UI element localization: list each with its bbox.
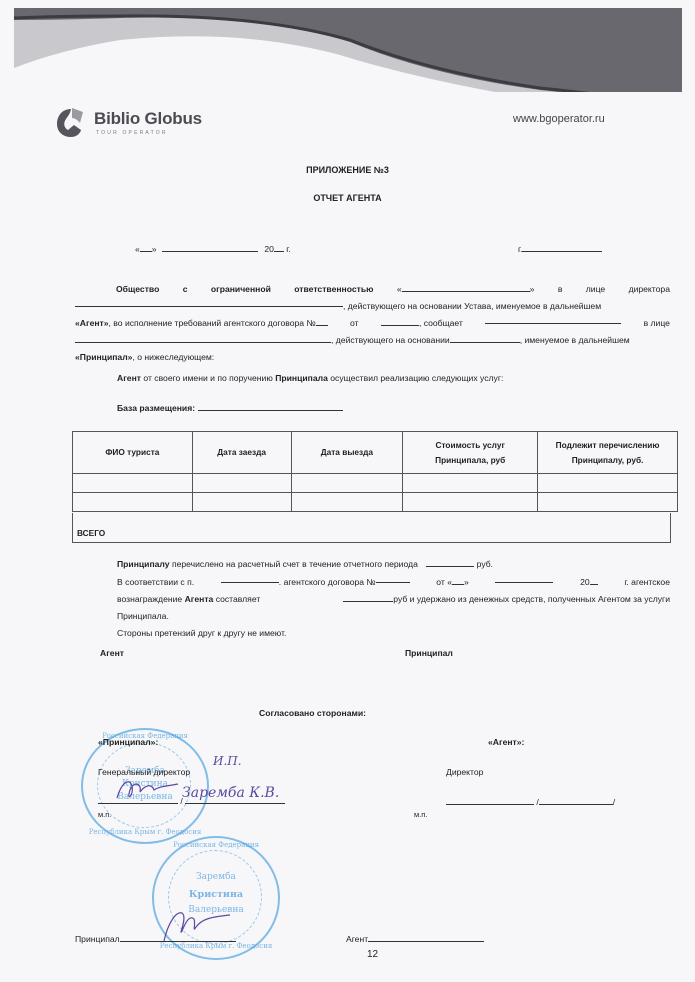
year-field[interactable] bbox=[590, 576, 598, 585]
settlement-line-2: В соответствии с п. . агентского договор… bbox=[117, 574, 670, 591]
footer-agent-signature[interactable]: Агент bbox=[346, 933, 484, 944]
preamble-line-1: Общество с ограниченной ответственностью… bbox=[75, 281, 670, 298]
brand-name: Biblio Globus bbox=[94, 109, 202, 129]
text: от « bbox=[436, 577, 452, 587]
agreed-title: Согласовано сторонами: bbox=[0, 708, 625, 718]
text: В соответствии с п. bbox=[117, 574, 194, 591]
table-cell[interactable] bbox=[403, 474, 538, 493]
year-prefix: 20 bbox=[580, 577, 590, 587]
text: , действующего на основании Устава, имен… bbox=[343, 298, 601, 315]
table-header-row: ФИО туриста Дата заезда Дата выезда Стои… bbox=[73, 432, 678, 474]
city-field[interactable]: г. bbox=[518, 243, 602, 254]
principal-block-label: «Принципал»: bbox=[98, 737, 158, 747]
agent-term: Агент bbox=[117, 373, 141, 383]
accommodation-field[interactable] bbox=[198, 402, 343, 411]
stamp-name-line: Кристина bbox=[154, 889, 278, 900]
quote-close: » bbox=[152, 244, 157, 254]
services-table: ФИО туриста Дата заезда Дата выезда Стои… bbox=[72, 431, 678, 512]
table-cell[interactable] bbox=[291, 474, 403, 493]
month-field[interactable] bbox=[495, 574, 553, 583]
word: лице bbox=[586, 281, 605, 298]
stamp-name-line: Заремба bbox=[154, 872, 278, 882]
agent-term: Агента bbox=[185, 594, 214, 604]
handwritten-title: И.П. bbox=[213, 754, 242, 768]
text: , сообщает bbox=[419, 318, 463, 328]
table-cell[interactable] bbox=[192, 493, 291, 512]
year-prefix: 20 bbox=[264, 244, 274, 254]
agent-block-label: «Агент»: bbox=[488, 737, 524, 747]
brand-logo: Biblio Globus TOUR OPERATOR bbox=[54, 106, 214, 140]
website-link[interactable]: www.bgoperator.ru bbox=[513, 113, 605, 125]
report-title: ОТЧЕТ АГЕНТА bbox=[0, 193, 695, 203]
preamble-paragraph: Общество с ограниченной ответственностью… bbox=[75, 281, 670, 366]
table-cell[interactable] bbox=[73, 474, 193, 493]
agent-position: Директор bbox=[446, 767, 483, 777]
footer-principal-label: Принципал bbox=[75, 934, 120, 944]
principal-term: Принципалу bbox=[117, 559, 170, 569]
preamble-line-4: , действующего на основании, именуемое в… bbox=[75, 332, 670, 349]
table-cell[interactable] bbox=[538, 474, 678, 493]
date-field[interactable]: «» 20 г. bbox=[135, 243, 291, 254]
footer-principal-signature[interactable]: Принципал bbox=[75, 933, 236, 944]
text: . агентского договора № bbox=[279, 574, 376, 591]
settlement-line-1: Принципалу перечислено на расчетный счет… bbox=[117, 558, 493, 569]
services-statement: Агент от своего имени и по поручению При… bbox=[117, 373, 503, 383]
text: осуществил реализацию следующих услуг: bbox=[328, 373, 504, 383]
agent-party-label: Агент bbox=[100, 648, 124, 658]
principal-party-label: Принципал bbox=[405, 648, 453, 658]
quote-close: » bbox=[530, 284, 535, 294]
quote-close: » bbox=[464, 577, 469, 587]
commission-field[interactable] bbox=[343, 593, 393, 602]
word: ограниченной bbox=[211, 281, 271, 298]
text: , действующего на основании bbox=[331, 335, 450, 345]
column-header-departure-date: Дата выезда bbox=[291, 432, 403, 474]
text: от своего имени и по поручению bbox=[141, 373, 275, 383]
stamp-text-top: Российская Федерация bbox=[154, 841, 278, 849]
appendix-title: ПРИЛОЖЕНИЕ №3 bbox=[0, 165, 695, 175]
brand-tagline: TOUR OPERATOR bbox=[96, 130, 168, 136]
table-cell[interactable] bbox=[403, 493, 538, 512]
word: директора bbox=[629, 281, 670, 298]
basis-field[interactable] bbox=[450, 334, 520, 343]
agent-contract-number-field[interactable] bbox=[376, 574, 410, 583]
settlement-paragraph: В соответствии с п. . агентского договор… bbox=[117, 574, 670, 642]
text: от bbox=[350, 315, 359, 332]
agent-signature-line[interactable]: // bbox=[446, 796, 615, 807]
word: Общество bbox=[116, 281, 159, 298]
year-suffix: г. bbox=[286, 244, 290, 254]
stamp-text-bottom: Республика Крым г. Феодосия bbox=[83, 828, 207, 836]
table-cell[interactable] bbox=[192, 474, 291, 493]
settlement-line-4: Принципала. bbox=[117, 608, 670, 625]
company-name-field[interactable]: «» bbox=[397, 281, 535, 298]
text: составляет bbox=[213, 594, 260, 604]
text: в лице bbox=[644, 315, 670, 332]
text: , во исполнение требований агентского до… bbox=[109, 318, 316, 328]
handwritten-name: Зарембa К.В. bbox=[182, 785, 279, 801]
text: г. агентское bbox=[624, 574, 670, 591]
currency: руб. bbox=[477, 559, 493, 569]
table-cell[interactable] bbox=[291, 493, 403, 512]
page-number: 12 bbox=[367, 949, 378, 960]
text: руб и удержано из денежных средств, полу… bbox=[393, 594, 670, 604]
header-banner bbox=[0, 0, 695, 100]
text: вознаграждение bbox=[117, 594, 185, 604]
column-header-arrival-date: Дата заезда bbox=[192, 432, 291, 474]
column-header-payable-to-principal: Подлежит перечислению Принципалу, руб. bbox=[538, 432, 678, 474]
agent-term: «Агент» bbox=[75, 318, 109, 328]
table-cell[interactable] bbox=[538, 493, 678, 512]
director-name-field[interactable] bbox=[75, 298, 343, 307]
agent-seal-label: м.п. bbox=[414, 810, 427, 819]
principal-term: «Принципал» bbox=[75, 352, 132, 362]
table-total-row[interactable]: ВСЕГО bbox=[72, 513, 671, 543]
text: , именуемое в дальнейшем bbox=[520, 335, 630, 345]
word: с bbox=[183, 281, 188, 298]
word: ответственностью bbox=[294, 281, 373, 298]
contract-number-field[interactable] bbox=[316, 317, 328, 326]
text: перечислено на расчетный счет в течение … bbox=[170, 559, 418, 569]
principal-term: Принципала bbox=[275, 373, 328, 383]
table-row bbox=[73, 474, 678, 493]
footer-agent-label: Агент bbox=[346, 934, 368, 944]
preamble-line-2: , действующего на основании Устава, имен… bbox=[75, 298, 670, 315]
settlement-line-5: Стороны претензий друг к другу не имеют. bbox=[117, 625, 670, 642]
principal-name-field[interactable] bbox=[485, 315, 621, 324]
contract-date-field[interactable] bbox=[381, 317, 419, 326]
transferred-amount-field[interactable] bbox=[426, 558, 474, 567]
biblio-globus-logo-icon bbox=[54, 106, 88, 140]
total-label: ВСЕГО bbox=[77, 528, 105, 538]
column-header-principal-cost: Стоимость услуг Принципала, руб bbox=[403, 432, 538, 474]
principal-seal-label: м.п. bbox=[98, 810, 111, 819]
principal-director-field[interactable] bbox=[75, 334, 331, 343]
text: , о нижеследующем: bbox=[132, 352, 214, 362]
table-row bbox=[73, 493, 678, 512]
preamble-line-5: «Принципал», о нижеследующем: bbox=[75, 349, 670, 366]
day-field[interactable] bbox=[452, 576, 464, 585]
word: в bbox=[558, 281, 563, 298]
preamble-line-3: «Агент», во исполнение требований агентс… bbox=[75, 315, 670, 332]
clause-field[interactable] bbox=[221, 574, 279, 583]
settlement-line-3: вознаграждение Агента составляет руб и у… bbox=[117, 591, 670, 608]
accommodation-label: База размещения: bbox=[117, 403, 195, 413]
table-cell[interactable] bbox=[73, 493, 193, 512]
column-header-tourist-name: ФИО туриста bbox=[73, 432, 193, 474]
principal-signature-icon bbox=[112, 776, 182, 806]
accommodation-row: База размещения: bbox=[117, 402, 343, 413]
